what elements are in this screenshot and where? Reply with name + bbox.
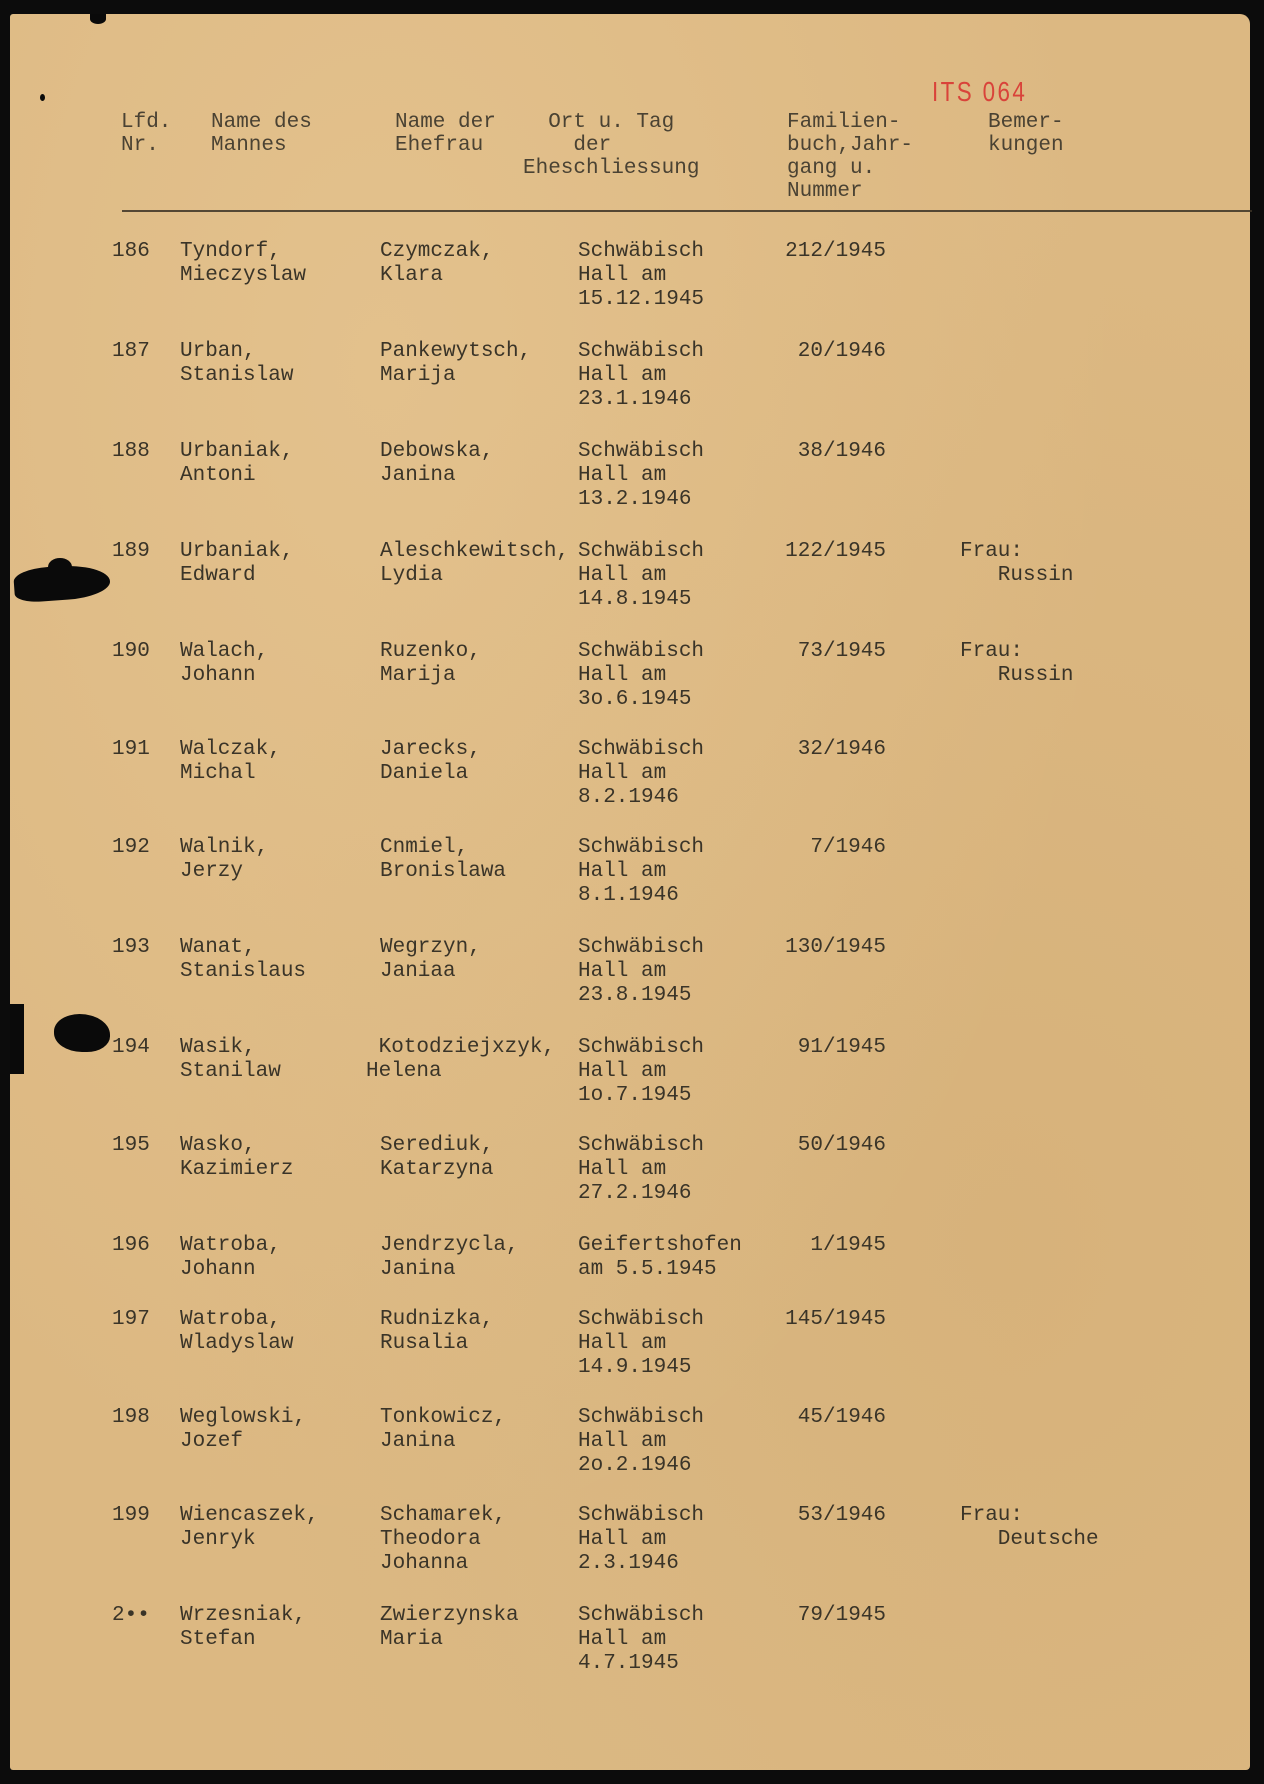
wife-name: Jendrzycla, Janina <box>380 1234 519 1282</box>
husband-name: Watroba, Wladyslaw <box>180 1308 293 1356</box>
marriage-place-date: Schwäbisch Hall am 13.2.1946 <box>578 440 704 512</box>
husband-name: Weglowski, Jozef <box>180 1406 306 1454</box>
husband-name: Walnik, Jerzy <box>180 836 268 884</box>
family-book-number: 45/1946 <box>736 1406 886 1430</box>
family-book-number: 91/1945 <box>736 1036 886 1060</box>
family-book-number: 32/1946 <box>736 738 886 762</box>
entry-number: 2•• <box>112 1604 150 1628</box>
wife-name: Aleschkewitsch, Lydia <box>380 540 569 588</box>
entry-number: 196 <box>112 1234 150 1258</box>
wife-name: Ruzenko, Marija <box>380 640 481 688</box>
header-name-mann: Name des Mannes <box>211 111 312 157</box>
marriage-place-date: Schwäbisch Hall am 2o.2.1946 <box>578 1406 704 1478</box>
entry-number: 189 <box>112 540 150 564</box>
family-book-number: 50/1946 <box>736 1134 886 1158</box>
marriage-place-date: Schwäbisch Hall am 14.9.1945 <box>578 1308 704 1380</box>
entry-number: 195 <box>112 1134 150 1158</box>
document-page: ITS 064 Lfd. Nr. Name des Mannes Name de… <box>10 14 1250 1770</box>
entry-number: 199 <box>112 1504 150 1528</box>
wife-name: Debowska, Janina <box>380 440 493 488</box>
wife-name: Kotodziejxzyk, Helena <box>366 1036 555 1084</box>
ink-blot <box>48 558 72 576</box>
wife-name: Jarecks, Daniela <box>380 738 481 786</box>
family-book-number: 38/1946 <box>736 440 886 464</box>
entry-number: 187 <box>112 340 150 364</box>
entry-number: 192 <box>112 836 150 860</box>
entry-number: 197 <box>112 1308 150 1332</box>
wife-name: Tonkowicz, Janina <box>380 1406 506 1454</box>
entry-number: 188 <box>112 440 150 464</box>
husband-name: Watroba, Johann <box>180 1234 281 1282</box>
wife-name: Wegrzyn, Janiaa <box>380 936 481 984</box>
remarks: Frau: Russin <box>960 640 1073 688</box>
family-book-number: 122/1945 <box>736 540 886 564</box>
family-book-number: 73/1945 <box>736 640 886 664</box>
wife-name: Rudnizka, Rusalia <box>380 1308 493 1356</box>
husband-name: Wiencaszek, Jenryk <box>180 1504 319 1552</box>
marriage-place-date: Schwäbisch Hall am 15.12.1945 <box>578 240 704 312</box>
husband-name: Urbaniak, Edward <box>180 540 293 588</box>
husband-name: Wasko, Kazimierz <box>180 1134 293 1182</box>
entry-number: 191 <box>112 738 150 762</box>
husband-name: Tyndorf, Mieczyslaw <box>180 240 306 288</box>
marriage-place-date: Schwäbisch Hall am 14.8.1945 <box>578 540 704 612</box>
header-ort-tag: Ort u. Tag der Eheschliessung <box>523 111 699 180</box>
ink-mark <box>90 14 106 24</box>
marriage-place-date: Schwäbisch Hall am 27.2.1946 <box>578 1134 704 1206</box>
entry-number: 186 <box>112 240 150 264</box>
family-book-number: 1/1945 <box>736 1234 886 1258</box>
husband-name: Urban, Stanislaw <box>180 340 293 388</box>
family-book-number: 79/1945 <box>736 1604 886 1628</box>
husband-name: Wasik, Stanilaw <box>180 1036 281 1084</box>
header-familienbuch: Familien- buch,Jahr- gang u. Nummer <box>787 111 913 203</box>
marriage-place-date: Schwäbisch Hall am 8.2.1946 <box>578 738 704 810</box>
wife-name: Cnmiel, Bronislawa <box>380 836 506 884</box>
wife-name: Czymczak, Klara <box>380 240 493 288</box>
ink-dot <box>40 94 45 101</box>
entry-number: 190 <box>112 640 150 664</box>
husband-name: Urbaniak, Antoni <box>180 440 293 488</box>
header-bemerkungen: Bemer- kungen <box>988 111 1064 157</box>
husband-name: Walach, Johann <box>180 640 268 688</box>
husband-name: Wrzesniak, Stefan <box>180 1604 306 1652</box>
wife-name: Serediuk, Katarzyna <box>380 1134 493 1182</box>
family-book-number: 20/1946 <box>736 340 886 364</box>
family-book-number: 212/1945 <box>736 240 886 264</box>
marriage-place-date: Schwäbisch Hall am 2.3.1946 <box>578 1504 704 1576</box>
entry-number: 194 <box>112 1036 150 1060</box>
marriage-place-date: Schwäbisch Hall am 23.8.1945 <box>578 936 704 1008</box>
husband-name: Walczak, Michal <box>180 738 281 786</box>
archive-stamp: ITS 064 <box>932 76 1027 108</box>
entry-number: 193 <box>112 936 150 960</box>
ink-blot <box>10 1004 24 1074</box>
family-book-number: 145/1945 <box>736 1308 886 1332</box>
family-book-number: 53/1946 <box>736 1504 886 1528</box>
header-divider <box>122 210 1252 212</box>
marriage-place-date: Schwäbisch Hall am 1o.7.1945 <box>578 1036 704 1108</box>
wife-name: Zwierzynska Maria <box>380 1604 519 1652</box>
family-book-number: 130/1945 <box>736 936 886 960</box>
marriage-place-date: Schwäbisch Hall am 23.1.1946 <box>578 340 704 412</box>
family-book-number: 7/1946 <box>736 836 886 860</box>
marriage-place-date: Geifertshofen am 5.5.1945 <box>578 1234 742 1282</box>
remarks: Frau: Deutsche <box>960 1504 1099 1552</box>
marriage-place-date: Schwäbisch Hall am 3o.6.1945 <box>578 640 704 712</box>
header-name-ehefrau: Name der Ehefrau <box>395 111 496 157</box>
marriage-place-date: Schwäbisch Hall am 8.1.1946 <box>578 836 704 908</box>
entry-number: 198 <box>112 1406 150 1430</box>
wife-name: Pankewytsch, Marija <box>380 340 531 388</box>
marriage-place-date: Schwäbisch Hall am 4.7.1945 <box>578 1604 704 1676</box>
ink-blot <box>54 1014 110 1052</box>
husband-name: Wanat, Stanislaus <box>180 936 306 984</box>
remarks: Frau: Russin <box>960 540 1073 588</box>
header-lfd-nr: Lfd. Nr. <box>121 111 171 157</box>
wife-name: Schamarek, Theodora Johanna <box>380 1504 506 1576</box>
